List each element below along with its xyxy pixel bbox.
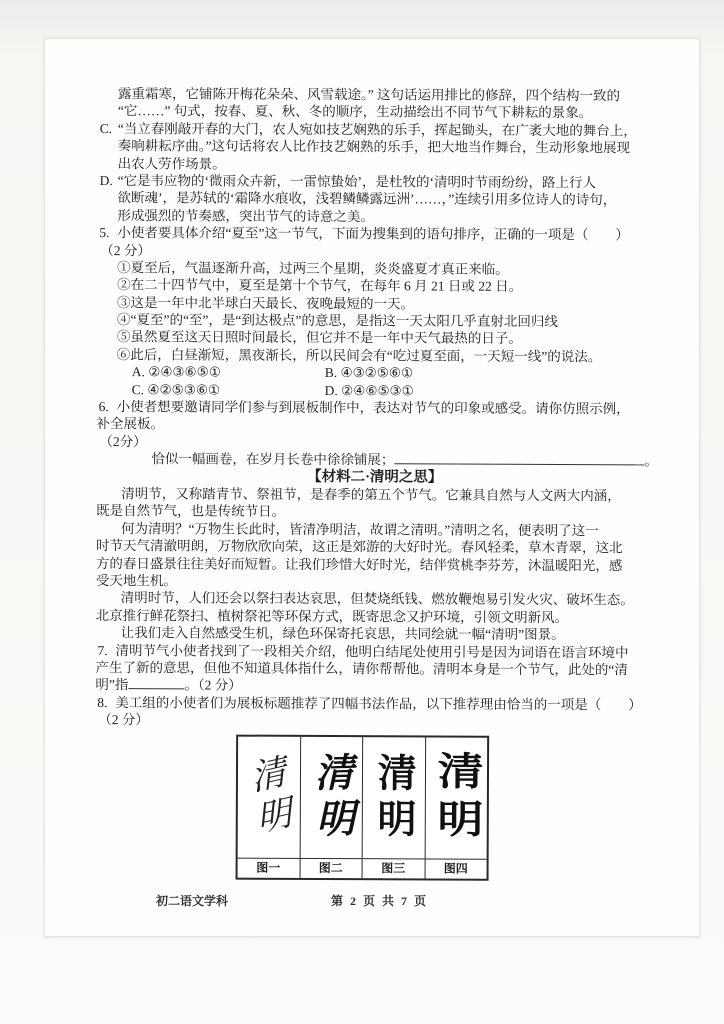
blank-prefix: 明”指 — [95, 677, 128, 692]
question-text: 清明节气小使者找到了一段相关介绍，他明白结尾处使用引号是因为词语在语言环境中 — [116, 643, 629, 660]
sentence-item-5: ⑤虽然夏至这天日照时间最长，但它并不是一年中天气最热的日子。 — [117, 329, 654, 349]
example-text: 恰似一幅画卷，在岁月长卷中徐徐铺展； — [151, 451, 394, 467]
question-8-line: 8. 美工组的小使者们为展板标题推荐了四幅书法作品，以下推荐理由恰当的一项是（ … — [115, 694, 652, 714]
example-period: 。 — [644, 454, 658, 469]
options-row: A. ②④③⑥⑤① B. ④③②⑤⑥① — [132, 363, 654, 383]
choice-letter: C. — [100, 120, 112, 137]
calligraphy-row: 清明 清明 清明 清明 — [238, 737, 488, 859]
option-a: A. ②④③⑥⑤① — [132, 364, 221, 379]
calligraphy-glyph: 清明 — [433, 750, 479, 846]
question-number: 8. — [97, 694, 107, 711]
footer-page-number: 第 2 页 共 7 页 — [331, 892, 428, 909]
choice-text: “当立春刚敲开春的大门，农人宛如技艺娴熟的乐手，挥起锄头，在广袤大地的舞台上， — [118, 121, 637, 138]
question-number: 7. — [97, 642, 107, 659]
question-text: 小使者要具体介绍“夏至”这一节气，下面为搜集到的语句排序，正确的一项是（ ） — [117, 225, 629, 242]
score-label: （2 分） — [98, 711, 652, 731]
paragraph-line: 时节天气清澈明朗，万物欣欣向荣，这正是郊游的大好时光。春风轻柔，草木青翠，这北 — [96, 537, 653, 557]
calligraphy-glyph: 清明 — [310, 751, 352, 844]
page-footer: 初二语文学科 第 2 页 共 7 页 — [45, 892, 699, 910]
footer-course-label: 初二语文学科 — [156, 892, 228, 909]
calligraphy-glyph: 清明 — [374, 752, 413, 844]
calligraphy-figure-seal-script: 清明 — [425, 738, 487, 859]
figure-caption-4: 图四 — [425, 860, 487, 879]
figure-caption-3: 图三 — [363, 860, 426, 879]
exam-sheet-page: 露重霜寒，它铺陈开梅花朵朵、风雪载途。” 这句话运用排比的修辞，四个结构一致的 … — [44, 38, 700, 937]
answer-blank — [394, 451, 644, 465]
calligraphy-figure-regular-script: 清明 — [363, 738, 426, 859]
text-line: 奏响耕耘序曲。”这句话将农人比作技艺娴熟的乐手，把大地当作舞台，生动形象地展现 — [118, 137, 655, 157]
figure-caption-1: 图一 — [238, 859, 301, 878]
question-6-line: 6. 小使者想要邀请同学们参与到展板制作中，表达对节气的印象或感受。请你仿照示例… — [117, 398, 654, 418]
example-fill-blank-line: 恰似一幅画卷，在岁月长卷中徐徐铺展；。 — [151, 450, 653, 470]
option-c: C. ④②⑤③⑥① — [132, 382, 220, 397]
options-row: C. ④②⑤③⑥① D. ②④⑥⑤③① — [132, 381, 654, 401]
blank-suffix: 。（2 分） — [184, 678, 241, 693]
option-d: D. ②④⑥⑤③① — [325, 382, 414, 400]
choice-c-line: C. “当立春刚敲开春的大门，农人宛如技艺娴熟的乐手，挥起锄头，在广袤大地的舞台… — [118, 120, 655, 140]
question-5-line: 5. 小使者要具体介绍“夏至”这一节气，下面为搜集到的语句排序，正确的一项是（ … — [117, 224, 654, 244]
question-text: 美工组的小使者们为展板标题推荐了四幅书法作品，以下推荐理由恰当的一项是（ ） — [115, 695, 642, 712]
calligraphy-figure-running-script: 清明 — [300, 737, 363, 858]
exam-content: 露重霜寒，它铺陈开梅花朵朵、风雪载途。” 这句话运用排比的修辞，四个结构一致的 … — [95, 85, 655, 882]
calligraphy-table: 清明 清明 清明 清明 图一 图二 图三 图四 — [236, 735, 490, 881]
question-7-line: 7. 清明节气小使者找到了一段相关介绍，他明白结尾处使用引号是因为词语在语言环境… — [115, 642, 652, 662]
calligraphy-figure-cursive-script: 清明 — [238, 737, 301, 858]
paragraph-line: 方的春日盛景往往美好而短暂。让我们珍惜大好时光，结伴赏桃李芬芳，沐温暖阳光，感 — [96, 555, 653, 575]
choice-letter: D. — [100, 172, 113, 189]
answer-blank — [128, 676, 184, 689]
question-number: 5. — [99, 224, 109, 241]
paragraph-line: 既是自然节气，也是传统节日。 — [96, 502, 653, 522]
caption-row: 图一 图二 图三 图四 — [238, 858, 487, 879]
sentence-item-2: ②在二十四节气中，夏至是第十个节气，在每年 6 月 21 日或 22 日。 — [117, 276, 654, 296]
figure-caption-2: 图二 — [300, 859, 363, 878]
question-text: 小使者想要邀请同学们参与到展板制作中，表达对节气的印象或感受。请你仿照示例， — [117, 399, 630, 416]
option-b: B. ④③②⑤⑥① — [325, 364, 413, 382]
choice-d-line: D. “它是韦应物的‘微雨众卉新，一雷惊蛰始’，是杜牧的‘清明时节雨纷纷，路上行… — [118, 172, 655, 192]
choice-text: “它是韦应物的‘微雨众卉新，一雷惊蛰始’，是杜牧的‘清明时节雨纷纷，路上行人 — [118, 173, 597, 190]
calligraphy-glyph: 清明 — [246, 753, 292, 843]
paragraph-line: 清明时节，人们还会以祭扫表达哀思，但焚烧纸钱、燃放鞭炮易引发火灾、破坏生态。 — [121, 589, 653, 609]
text-line: 欲断魂’，是苏轼的‘霜降水痕收，浅碧鳞鳞露远洲’……，”连续引用多位诗人的诗句， — [117, 189, 654, 209]
question-number: 6. — [99, 398, 109, 415]
